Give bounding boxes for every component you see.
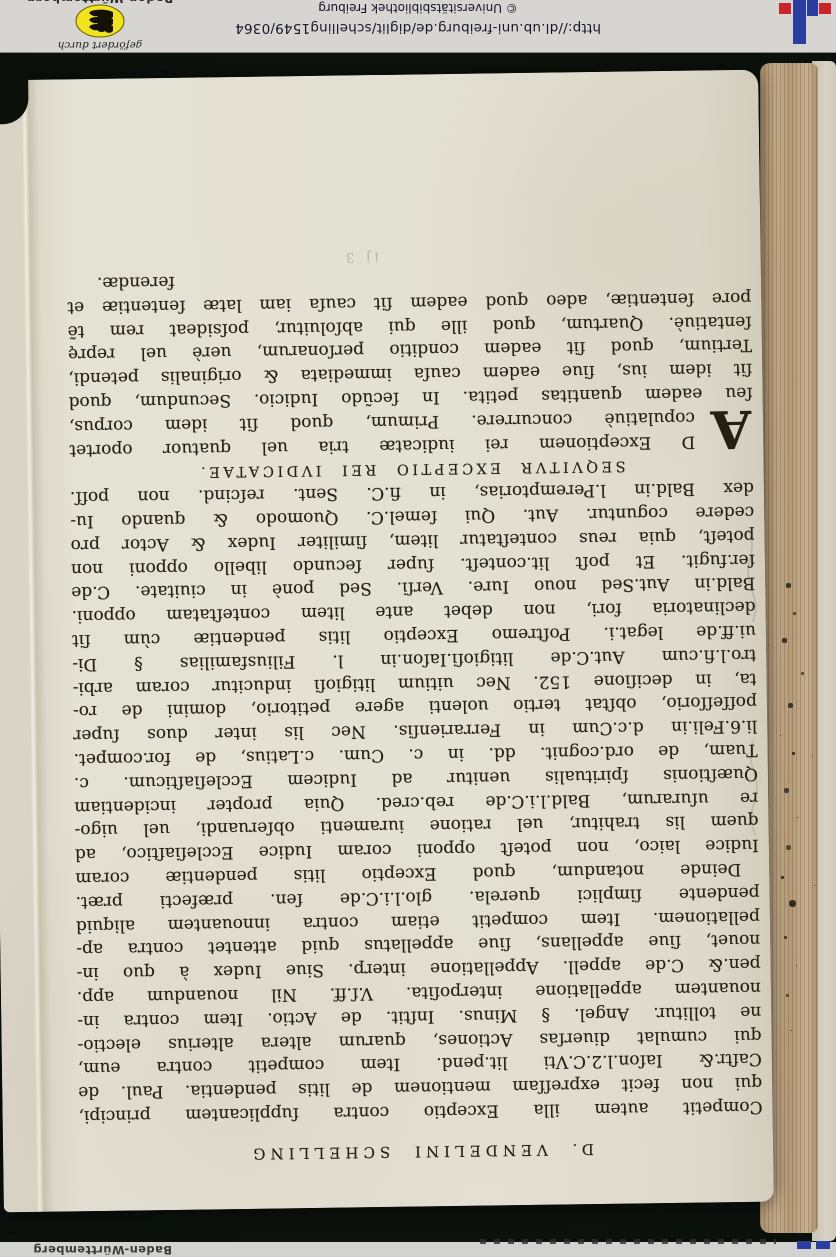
paragraph: Competit autem illa Exceptio contra ſupp… (75, 880, 762, 1127)
digitization-header-bar: http://dl.ub.uni-freiburg.de/diglit/sche… (0, 0, 836, 53)
gutter-corner-shadow (0, 72, 29, 125)
cut-caption-text (480, 1239, 776, 1244)
baden-wuerttemberg-lions-icon (75, 4, 125, 38)
fore-edge-ink-marks (786, 583, 791, 588)
logo-blue-square (816, 1241, 830, 1249)
funding-caption: gefördert durch (10, 39, 190, 51)
funding-wordmark: Baden-Württemberg (10, 0, 190, 5)
page-text-block: D. VENDELINI SCHELLING Competit autem il… (66, 226, 763, 1165)
logo-blue-square (797, 1241, 811, 1249)
running-head: D. VENDELINI SCHELLING (79, 1130, 763, 1166)
scanned-page: D. VENDELINI SCHELLING Competit autem il… (0, 70, 774, 1213)
paragraph-dropcap-lines: A D Exceptionem rei iudicatæ tria uel qu… (69, 404, 754, 461)
paragraph: Deinde notandum, quod Exceptio litis pen… (70, 475, 760, 889)
footer-wordmark: Baden-Württemberg (12, 1243, 172, 1257)
drop-cap: A (710, 405, 751, 452)
digitization-footer-bar: Baden-Württemberg (0, 1242, 836, 1257)
paragraph: ſeu eadem quantitas petita. In ſecũdo Iu… (67, 285, 753, 414)
book-photo: D. VENDELINI SCHELLING Competit autem il… (0, 53, 836, 1242)
funding-logo-block: gefördert durch Baden-Württemberg (10, 0, 190, 52)
